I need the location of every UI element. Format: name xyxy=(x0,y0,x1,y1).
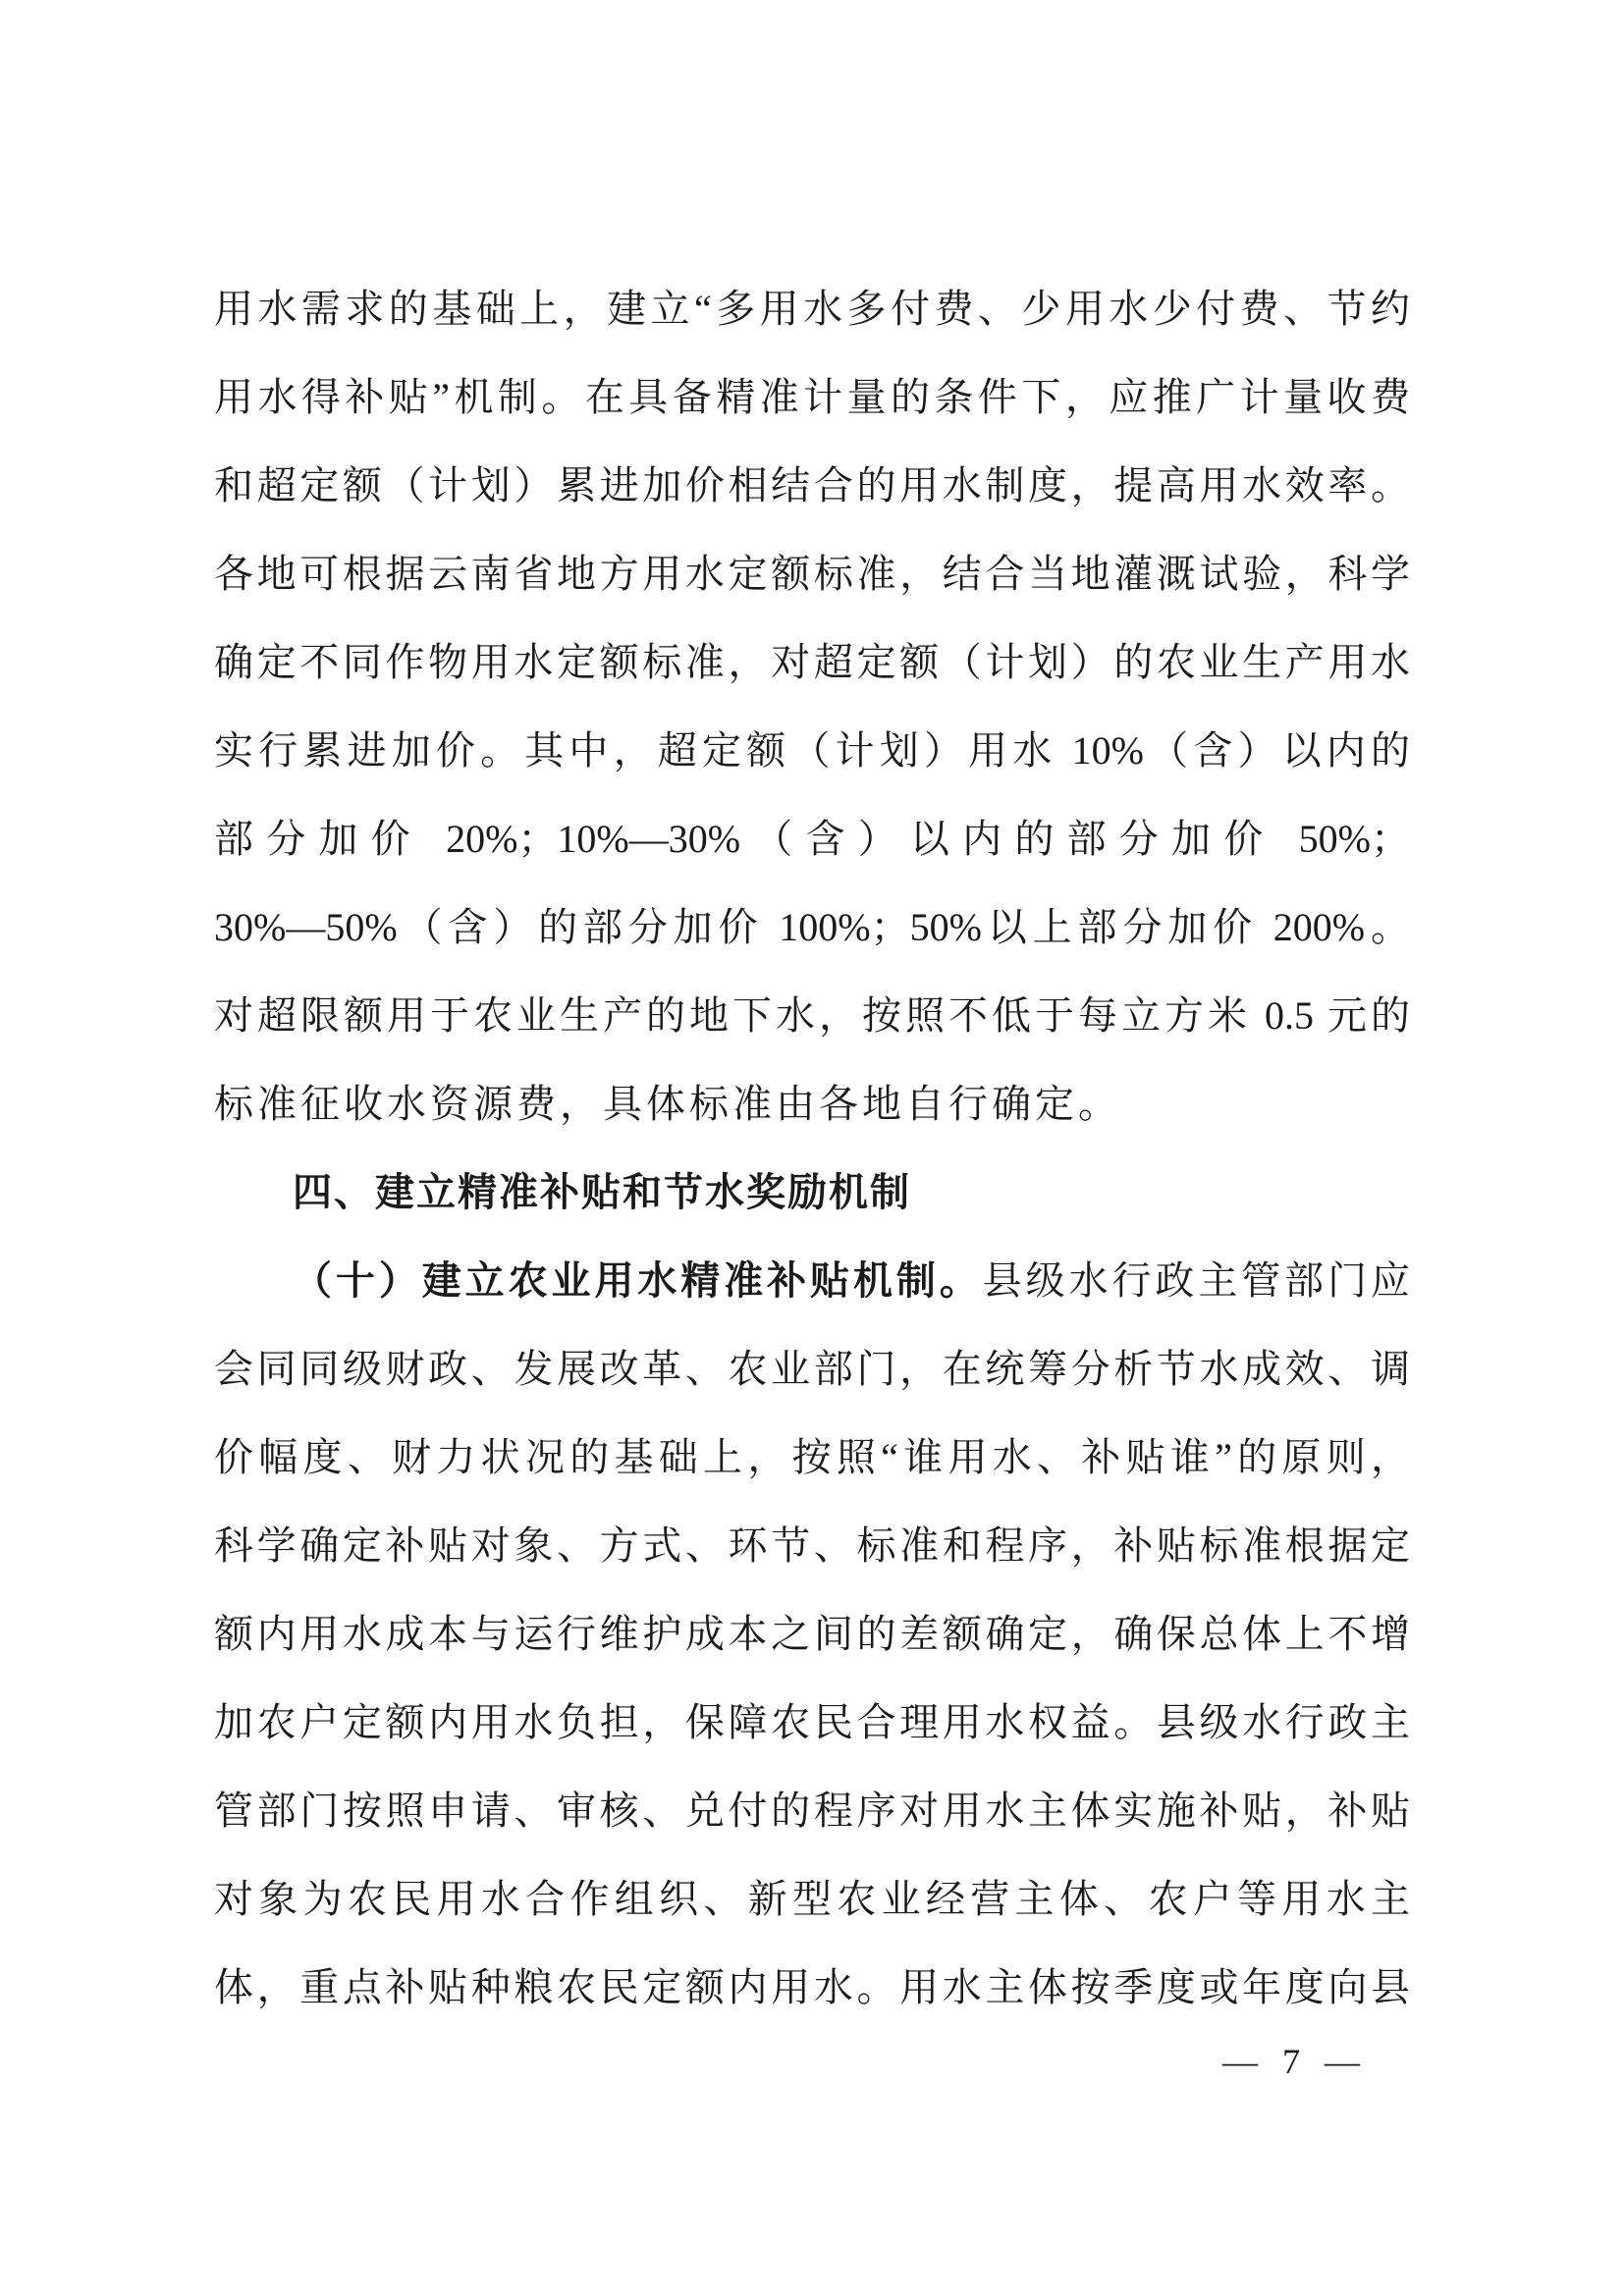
paragraph-lead-rest: 县级水行政主管部门应 xyxy=(983,1258,1410,1303)
body-line: 体，重点补贴种粮农民定额内用水。用水主体按季度或年度向县 xyxy=(214,1944,1410,2032)
body-line-paragraph-start: （十）建立农业用水精准补贴机制。县级水行政主管部门应 xyxy=(214,1237,1410,1325)
body-line: 额内用水成本与运行维护成本之间的差额确定，确保总体上不增 xyxy=(214,1590,1410,1679)
body-line: 加农户定额内用水负担，保障农民合理用水权益。县级水行政主 xyxy=(214,1679,1410,1767)
body-line: 用水得补贴”机制。在具备精准计量的条件下，应推广计量收费 xyxy=(214,353,1410,442)
body-line: 30%—50%（含）的部分加价 100%；50%以上部分加价 200%。 xyxy=(214,883,1410,972)
body-line: 实行累进加价。其中，超定额（计划）用水 10%（含）以内的 xyxy=(214,707,1410,795)
body-line: 各地可根据云南省地方用水定额标准，结合当地灌溉试验，科学 xyxy=(214,530,1410,618)
paragraph-lead-bold: （十）建立农业用水精准补贴机制。 xyxy=(293,1259,983,1303)
body-line: 和超定额（计划）累进加价相结合的用水制度，提高用水效率。 xyxy=(214,442,1410,530)
body-line-paragraph-end: 标准征收水资源费，具体标准由各地自行确定。 xyxy=(214,1060,1410,1148)
body-line: 对象为农民用水合作组织、新型农业经营主体、农户等用水主 xyxy=(214,1855,1410,1944)
body-line: 管部门按照申请、审核、兑付的程序对用水主体实施补贴，补贴 xyxy=(214,1767,1410,1855)
page-number: — 7 — xyxy=(1222,2040,1360,2083)
body-line: 用水需求的基础上，建立“多用水多付费、少用水少付费、节约 xyxy=(214,265,1410,353)
body-line: 对超限额用于农业生产的地下水，按照不低于每立方米 0.5 元的 xyxy=(214,972,1410,1060)
body-line: 会同同级财政、发展改革、农业部门，在统筹分析节水成效、调 xyxy=(214,1325,1410,1414)
body-line: 科学确定补贴对象、方式、环节、标准和程序，补贴标准根据定 xyxy=(214,1502,1410,1590)
body-line: 价幅度、财力状况的基础上，按照“谁用水、补贴谁”的原则， xyxy=(214,1414,1410,1502)
body-line: 确定不同作物用水定额标准，对超定额（计划）的农业生产用水 xyxy=(214,618,1410,707)
body-text: 用水需求的基础上，建立“多用水多付费、少用水少付费、节约 用水得补贴”机制。在具… xyxy=(214,265,1410,2032)
section-heading: 四、建立精准补贴和节水奖励机制 xyxy=(214,1148,1410,1237)
body-line: 部分加价 20%；10%—30%（含）以内的部分加价 50%； xyxy=(214,795,1410,883)
